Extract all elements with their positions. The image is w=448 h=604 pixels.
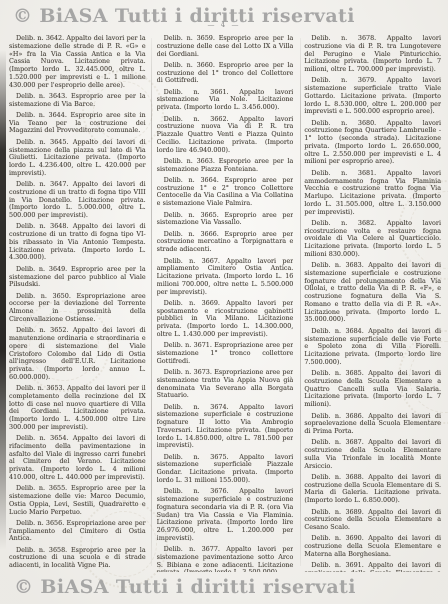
delib-entry: Delib. n. 3689. Appalto dei lavori di co… xyxy=(304,509,441,532)
delib-entry: Delib. n. 3660. Esproprio aree per la co… xyxy=(157,62,294,85)
page-number: — 4 — xyxy=(0,21,448,29)
scan-gutter-shadow xyxy=(0,50,6,550)
delib-entry: Delib. n. 3682. Appalto lavori ricostruz… xyxy=(304,220,441,259)
delib-entry: Delib. n. 3673. Espropriazione aree per … xyxy=(157,369,294,400)
delib-entry: Delib. n. 3655. Esproprio aree per la si… xyxy=(9,485,146,516)
delib-entry: Delib. n. 3669. Appalto lavori per spost… xyxy=(157,300,294,339)
delib-entry: Delib. n. 3687. Appalto dei lavori di co… xyxy=(304,439,441,470)
delib-entry: Delib. n. 3667. Appalto lavori per ampli… xyxy=(157,258,294,297)
delib-entry: Delib. n. 3691. Appalto dei lavori di am… xyxy=(304,562,441,572)
copyright-watermark-bottom: © BiASA Tutti i diritti riservati xyxy=(14,576,356,598)
delib-entry: Delib. n. 3661. Appalto lavori sistemazi… xyxy=(157,89,294,112)
delib-entry: Delib. n. 3681. Appalto lavori ammoderna… xyxy=(304,170,441,217)
delib-entry: Delib. n. 3658. Esproprio aree per la co… xyxy=(9,547,146,570)
delib-entry: Delib. n. 3642. Appalto dei lavori per l… xyxy=(9,35,146,89)
delib-entry: Delib. n. 3653. Appalto dei lavori per i… xyxy=(9,385,146,432)
delib-entry: Delib. n. 3671. Espropriazione aree per … xyxy=(157,342,294,365)
delib-entry: Delib. n. 3690. Appalto dei lavori di co… xyxy=(304,535,441,558)
delib-entry: Delib. n. 3675. Appalto lavori sistemazi… xyxy=(157,454,294,485)
delib-entry: Delib. n. 3643. Esproprio aree per la si… xyxy=(9,93,146,109)
delib-entry: Delib. n. 3679. Appalto lavori sistemazi… xyxy=(304,77,441,116)
text-column-2: Delib. n. 3659. Esproprio aree per la co… xyxy=(157,35,294,572)
delib-entry: Delib. n. 3666. Esproprio aree per costr… xyxy=(157,231,294,254)
delib-entry: Delib. n. 3645. Appalto dei lavori di si… xyxy=(9,139,146,178)
delib-entry: Delib. n. 3686. Appalto dei lavori di so… xyxy=(304,413,441,436)
delib-entry: Delib. n. 3684. Appalto dei lavori di si… xyxy=(304,328,441,367)
delib-entry: Delib. n. 3683. Appalto dei lavori di si… xyxy=(304,262,441,324)
delib-entry: Delib. n. 3664. Esproprio aree per costr… xyxy=(157,177,294,208)
delib-entry: Delib. n. 3649. Esproprio aree per la si… xyxy=(9,266,146,289)
delib-entry: Delib. n. 3678. Appalto lavori costruzio… xyxy=(304,35,441,74)
delib-entry: Delib. n. 3676. Appalto lavori sistemazi… xyxy=(157,488,294,542)
delib-entry: Delib. n. 3665. Esproprio aree per siste… xyxy=(157,212,294,228)
delib-entry: Delib. n. 3647. Appalto dei lavori di co… xyxy=(9,181,146,220)
text-columns: Delib. n. 3642. Appalto dei lavori per l… xyxy=(9,35,441,572)
delib-entry: Delib. n. 3663. Esproprio aree per la si… xyxy=(157,158,294,174)
delib-entry: Delib. n. 3656. Espropriazione aree per … xyxy=(9,520,146,543)
delib-entry: Delib. n. 3674. Appalto lavori sistemazi… xyxy=(157,404,294,451)
delib-entry: Delib. n. 3644. Esproprio aree site in V… xyxy=(9,112,146,135)
delib-entry: Delib. n. 3652. Appalto dei lavori di ma… xyxy=(9,327,146,381)
delib-entry: Delib. n. 3680. Appalto lavori costruzio… xyxy=(304,120,441,167)
text-column-1: Delib. n. 3642. Appalto dei lavori per l… xyxy=(9,35,146,572)
delib-entry: Delib. n. 3677. Appalto lavori per siste… xyxy=(157,546,294,572)
delib-entry: Delib. n. 3688. Appalto dei lavori di co… xyxy=(304,474,441,505)
delib-entry: Delib. n. 3662. Appalto lavori costruzio… xyxy=(157,116,294,155)
scanned-document-page: © BiASA Tutti i diritti riservati — 4 — … xyxy=(0,0,448,604)
delib-entry: Delib. n. 3685. Appalto dei lavori di co… xyxy=(304,370,441,409)
delib-entry: Delib. n. 3648. Appalto dei lavori di co… xyxy=(9,223,146,262)
delib-entry: Delib. n. 3650. Espropriazione aree occo… xyxy=(9,293,146,324)
delib-entry: Delib. n. 3659. Esproprio aree per la co… xyxy=(157,35,294,58)
delib-entry: Delib. n. 3654. Appalto dei lavori di ri… xyxy=(9,435,146,482)
text-column-3: Delib. n. 3678. Appalto lavori costruzio… xyxy=(304,35,441,572)
